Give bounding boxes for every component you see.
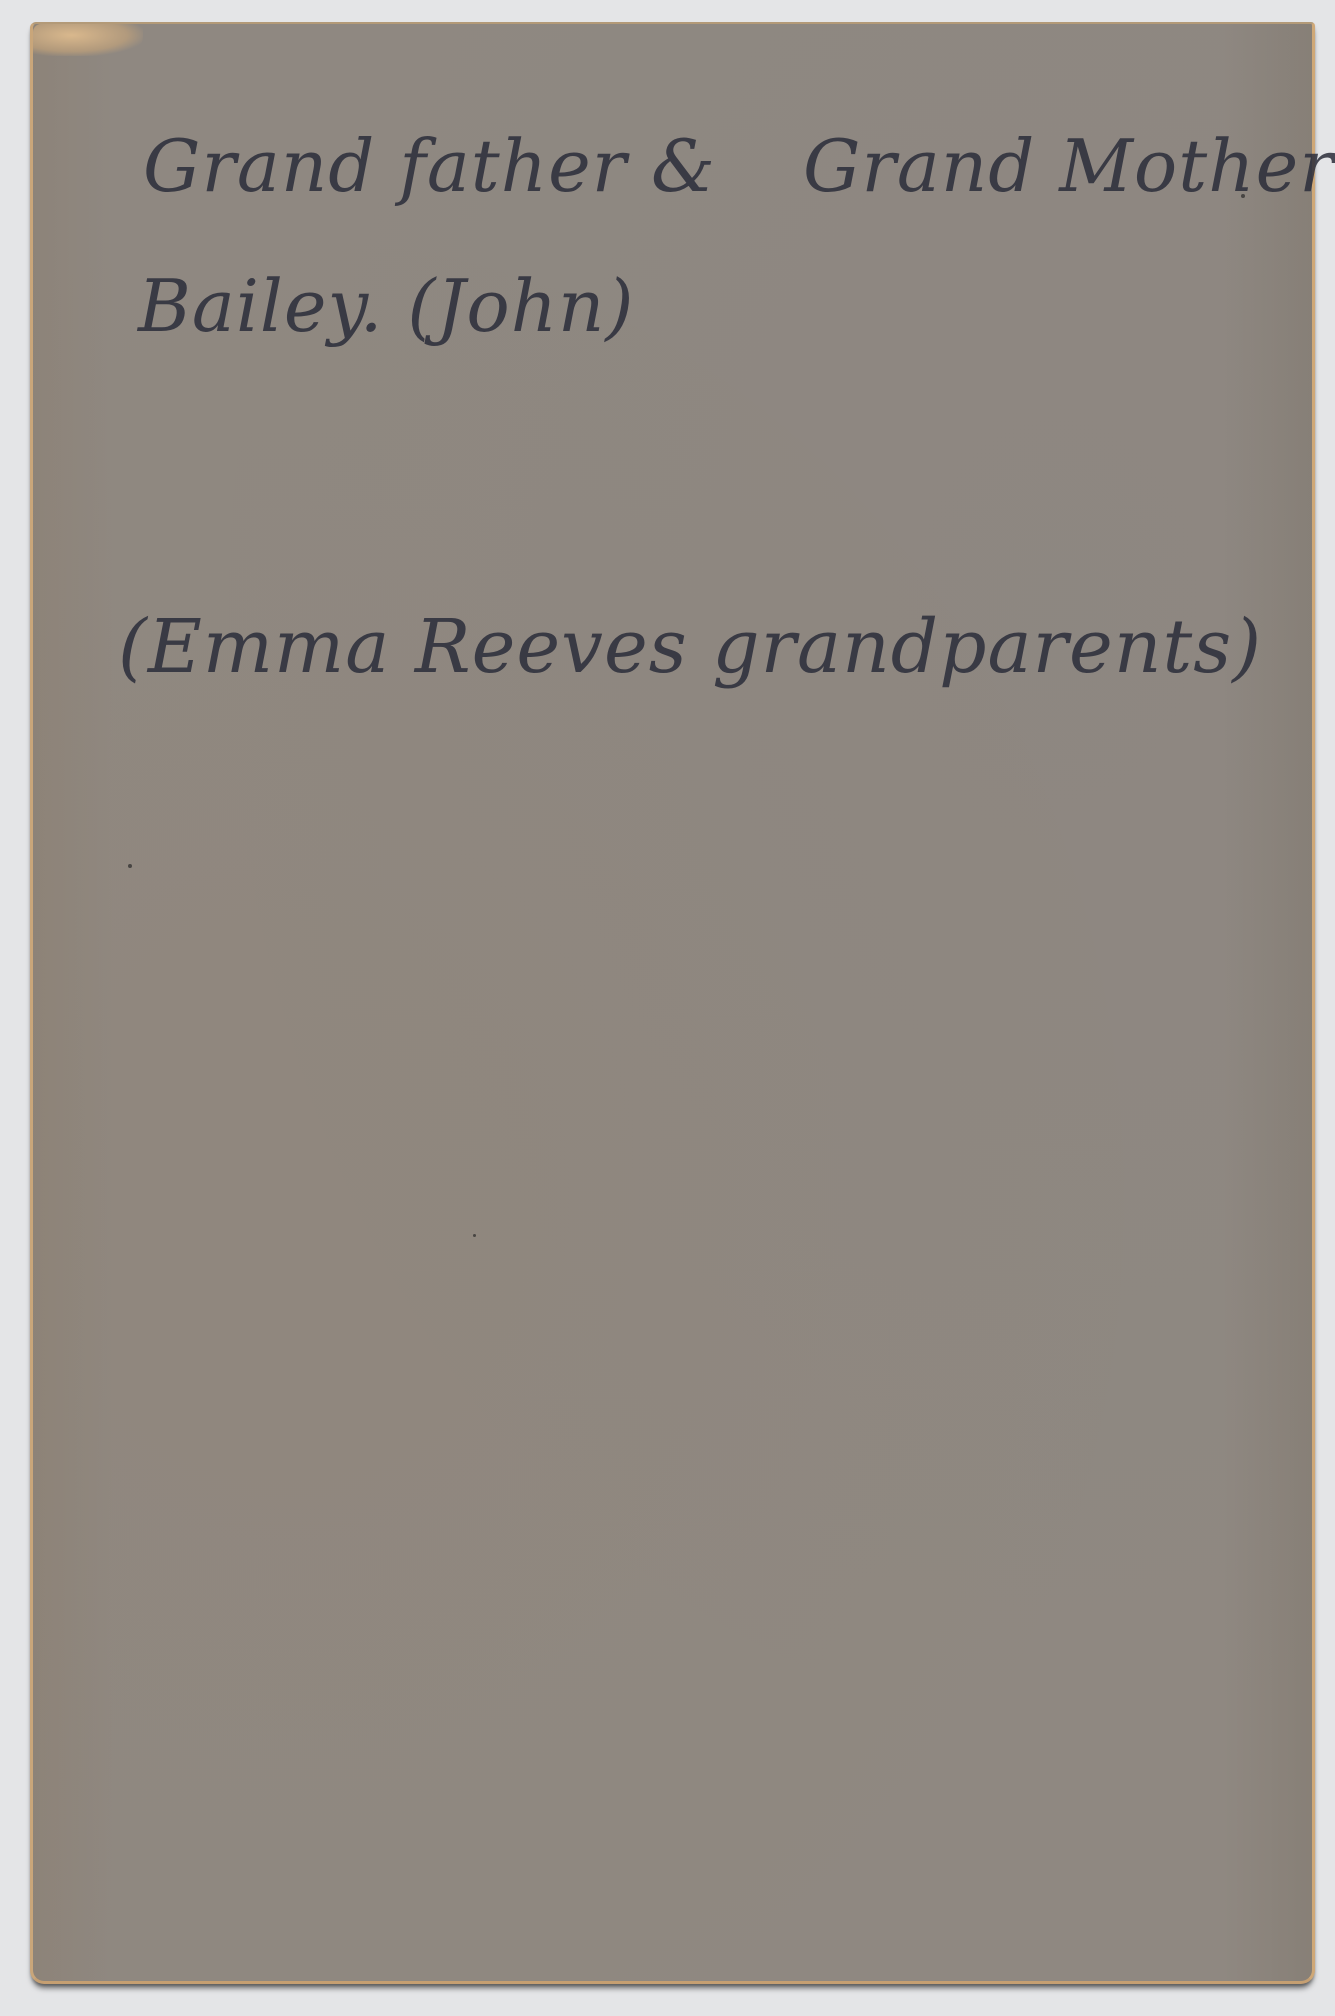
handwriting-line-2: Bailey. (John) [138, 264, 635, 348]
handwriting-line-1-left: Grand father & [143, 124, 716, 208]
photo-card-back: Grand father & Grand Mother Bailey. (Joh… [30, 22, 1315, 1984]
ink-speck [473, 1234, 476, 1237]
handwriting-line-3: (Emma Reeves grandparents) [118, 604, 1262, 690]
ink-speck [1241, 194, 1245, 198]
ink-speck [128, 864, 132, 868]
corner-wear [33, 24, 143, 56]
handwriting-line-1-right: Grand Mother [803, 124, 1335, 208]
